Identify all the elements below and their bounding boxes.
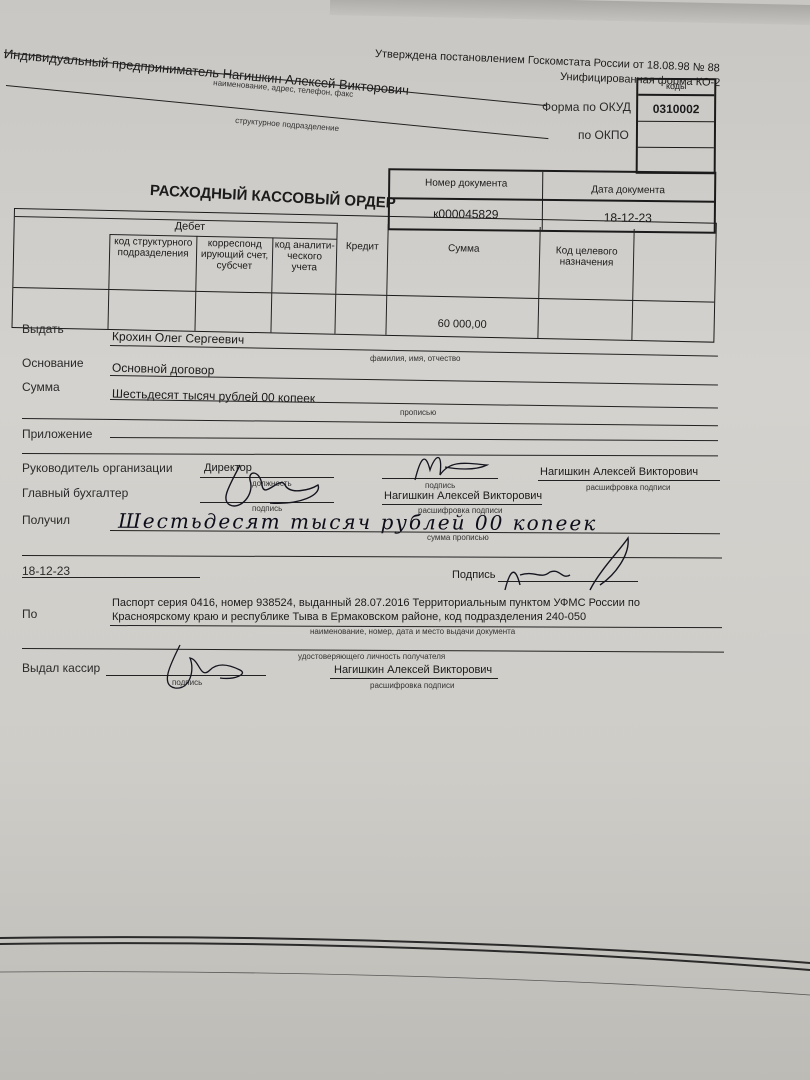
doc-number-label: Номер документа: [390, 177, 542, 190]
id-document-line2: Красноярскому краю и республике Тыва в Е…: [112, 611, 586, 623]
codes-label: коды: [638, 81, 714, 92]
department-line: [6, 85, 548, 139]
attachment-line-2: [22, 453, 718, 456]
head-label: Руководитель организации: [22, 461, 173, 475]
table-cell-col-6: [537, 298, 632, 340]
received-label: Получил: [22, 513, 70, 527]
table-cell-col-7: [631, 300, 713, 342]
head-name-line: [538, 480, 720, 481]
by-label: По: [22, 607, 37, 621]
issue-value: Крохин Олег Сергеевич: [112, 329, 245, 346]
issue-caption: фамилия, имя, отчество: [370, 354, 461, 363]
table-cell-col-2: [194, 291, 271, 333]
table-cell-col-3: [270, 292, 335, 333]
id-document-caption-2: удостоверяющего личность получателя: [298, 652, 445, 661]
okpo-label: по ОКПО: [578, 128, 629, 142]
table-header-col-1: код структурного подразделения: [108, 234, 196, 291]
accountant-label: Главный бухгалтер: [22, 486, 128, 500]
table-header-col-0: [13, 216, 109, 289]
accountant-name-line: [382, 504, 542, 505]
amount-value: Шестьдесят тысяч рублей 00 копеек: [112, 387, 315, 406]
okpo-value: [638, 130, 714, 131]
table-header-col-5: Сумма: [386, 224, 539, 298]
document-title: РАСХОДНЫЙ КАССОВЫЙ ОРДЕР: [150, 182, 397, 212]
received-date: 18-12-23: [22, 564, 70, 578]
okud-value: 0310002: [638, 102, 714, 117]
doc-date-label: Дата документа: [542, 184, 714, 197]
head-name-caption: расшифровка подписи: [586, 483, 670, 492]
department-caption: структурное подразделение: [235, 116, 340, 133]
issue-label: Выдать: [22, 322, 64, 336]
table-cell-col-4: [334, 294, 386, 335]
received-caption: сумма прописью: [427, 533, 489, 542]
amount-label: Сумма: [22, 380, 60, 394]
accountant-name: Нагишкин Алексей Викторович: [384, 490, 542, 502]
table-cell-col-1: [107, 289, 195, 331]
table-header-col-3: код аналити-ческого учета: [271, 237, 336, 293]
table-header-col-7: [632, 229, 714, 302]
cashier-label: Выдал кассир: [22, 661, 100, 675]
head-signature-mark: [395, 445, 495, 485]
lower-sheet-edge: [0, 925, 810, 1005]
basis-line: [110, 375, 718, 386]
amount-caption: прописью: [400, 408, 436, 417]
cashier-name: Нагишкин Алексей Викторович: [334, 664, 492, 676]
recipient-signature-mark: [490, 530, 640, 600]
basis-label: Основание: [22, 356, 84, 370]
codes-box: коды 0310002: [636, 78, 717, 175]
paper-edge-shadow: [330, 0, 810, 25]
cashier-name-line: [330, 678, 498, 679]
head-name: Нагишкин Алексей Викторович: [540, 466, 698, 478]
received-date-line: [22, 577, 200, 578]
okud-label: Форма по ОКУД: [542, 100, 631, 114]
attachment-line: [110, 437, 718, 441]
table-cell-col-5: 60 000,00: [385, 295, 538, 338]
accounting-table: Дебет код структурного подразделениякорр…: [11, 208, 716, 343]
cashier-signature-mark: [140, 640, 270, 695]
table-header-col-6: Код целевого назначения: [538, 227, 633, 300]
approval-line: Утверждена постановлением Госкомстата Ро…: [375, 48, 720, 74]
table-header-col-2: корреспонд ирующий счет, субсчет: [195, 236, 272, 293]
id-document-caption: наименование, номер, дата и место выдачи…: [310, 627, 515, 636]
amount-line-2: [22, 418, 718, 426]
cashier-name-caption: расшифровка подписи: [370, 681, 454, 690]
signature-label: Подпись: [452, 569, 496, 581]
table-header-col-4: Кредит: [335, 223, 387, 295]
debit-label: Дебет: [175, 220, 206, 233]
attachment-label: Приложение: [22, 427, 92, 441]
accountant-signature-mark: [200, 455, 340, 515]
cash-expense-order-page: Унифицированная форма КО-2 Утверждена по…: [0, 0, 810, 1080]
